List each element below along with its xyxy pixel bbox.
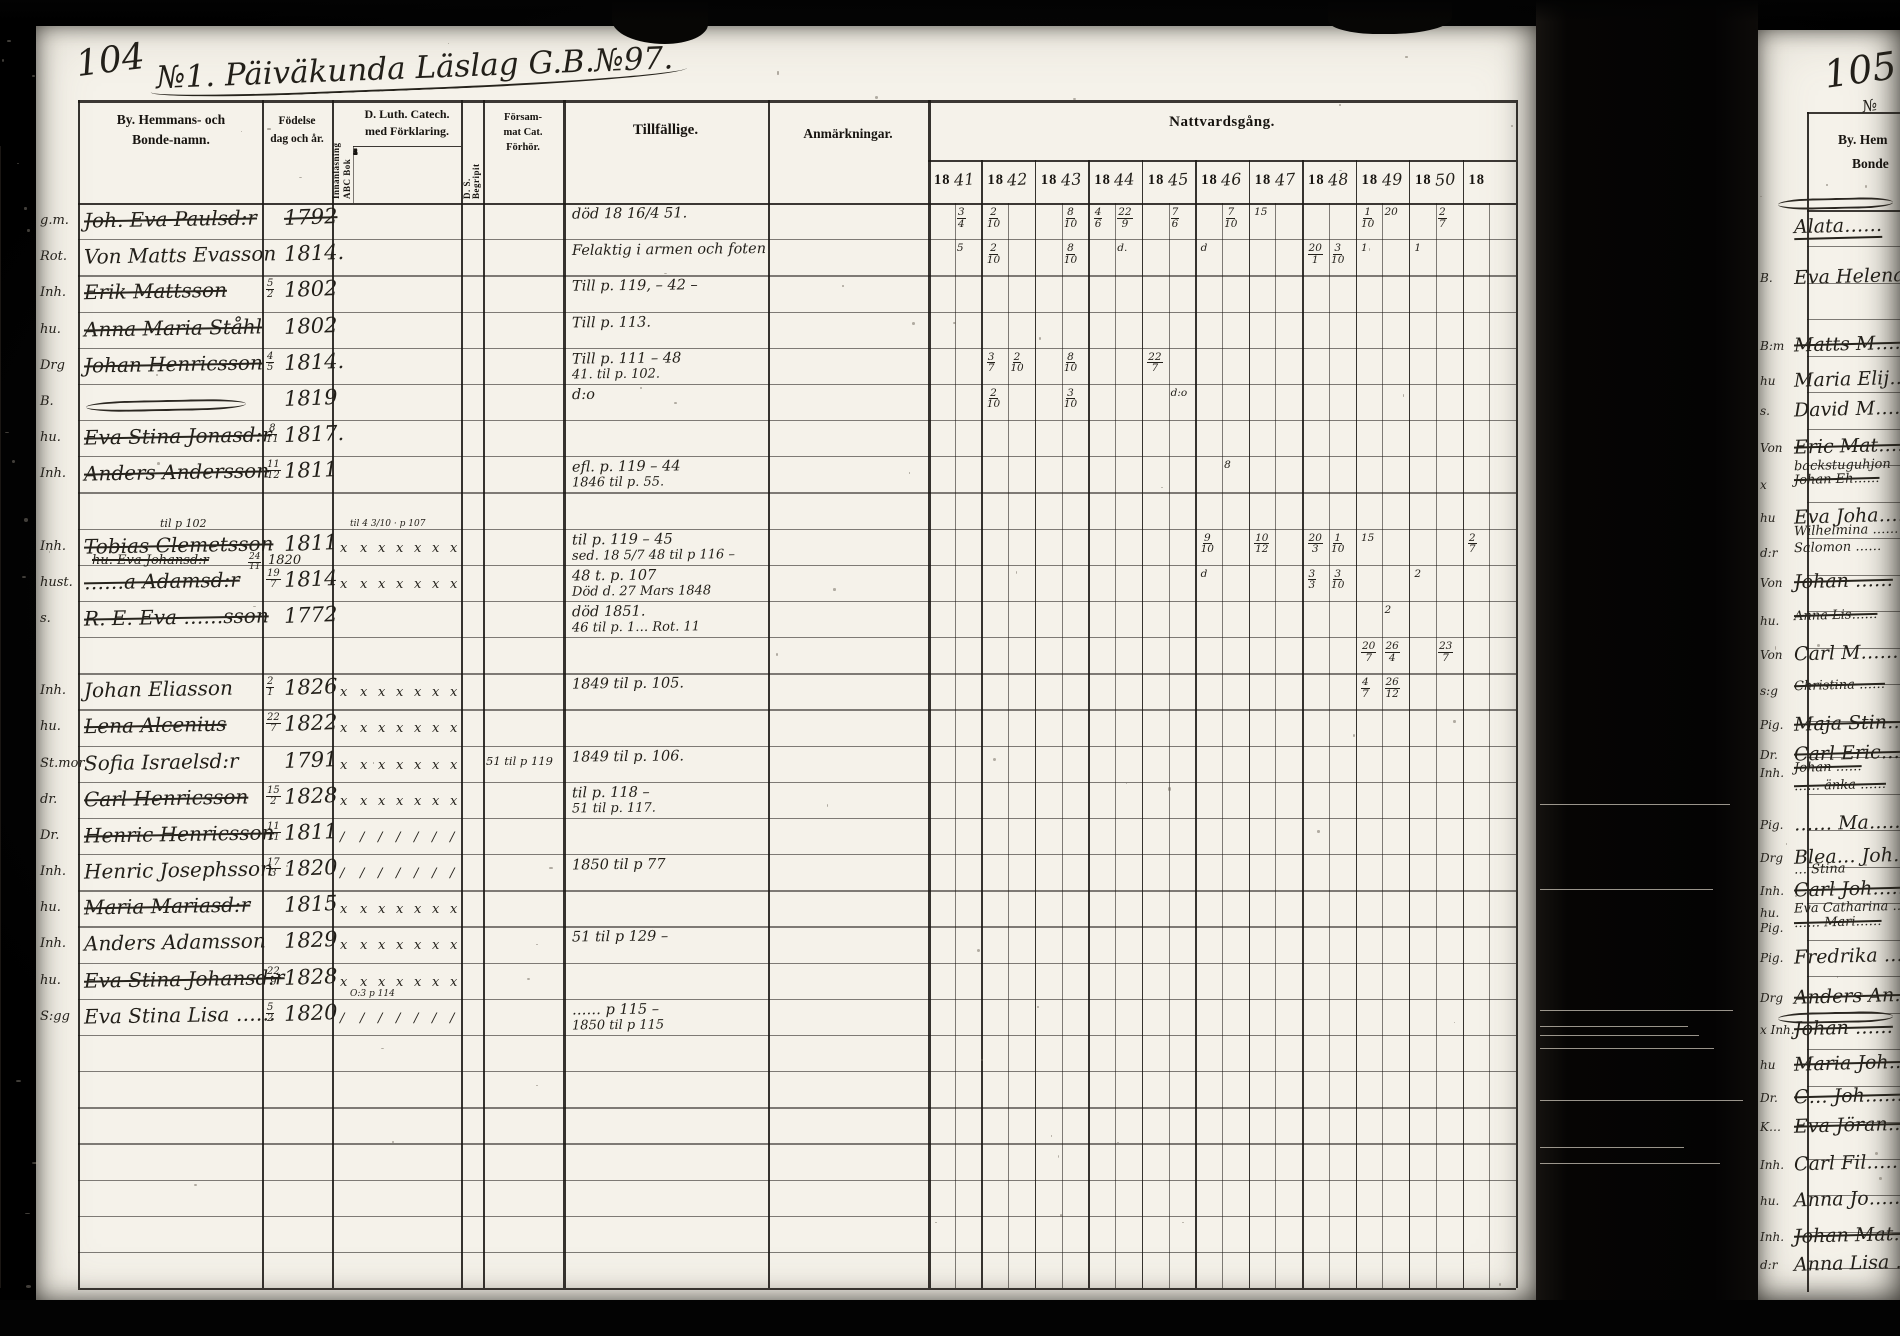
- communion-mark: 2612: [1385, 677, 1400, 699]
- communion-mark: d.: [1117, 243, 1127, 254]
- reading-mark: x: [396, 902, 403, 917]
- year-label-printed: 18: [1308, 172, 1325, 189]
- reading-mark: x: [340, 975, 347, 990]
- reading-mark: ∕: [432, 866, 436, 881]
- fraction-numerator: 23: [1438, 641, 1453, 653]
- record-row: K…Eva Jöran……: [1758, 1114, 1900, 1144]
- reading-mark: ∕: [396, 830, 400, 845]
- year-label-handwritten: 47: [1274, 169, 1296, 189]
- communion-mark: 5: [957, 243, 964, 254]
- person-name: Maria Elij……: [1794, 366, 1900, 391]
- reading-mark: ∕: [414, 830, 418, 845]
- birth-year: 1828: [284, 783, 338, 809]
- communion-mark: 15: [1254, 207, 1267, 218]
- person-name: Anna Jo……: [1794, 1187, 1900, 1212]
- person-name: Eva Helena ……: [1794, 263, 1900, 289]
- person-name: Henric Josephsson: [84, 856, 273, 883]
- column-header-matcat-line2: mat Cat.: [484, 125, 562, 140]
- record-row: VonCarl M……: [1758, 642, 1900, 672]
- fraction-denominator: 7: [988, 363, 995, 374]
- column-header-birth: Födelse dag och år.: [262, 112, 332, 148]
- person-name: Lena Alcenius: [84, 712, 227, 738]
- communion-mark: 210: [987, 243, 1000, 265]
- reading-mark: ∕: [340, 1011, 344, 1026]
- person-prefix: hu: [1760, 374, 1775, 388]
- year-label-handwritten: 41: [953, 169, 975, 189]
- fraction-numerator: 3: [957, 207, 966, 219]
- communion-mark: 1012: [1254, 533, 1269, 555]
- communion-mark: 15: [1361, 533, 1374, 544]
- fraction-numerator: 26: [1385, 677, 1400, 689]
- fraction-numerator: 4: [1361, 677, 1370, 689]
- margin-note-line: 1846 til p. 55.: [572, 475, 664, 491]
- reading-mark: x: [450, 902, 457, 917]
- person-prefix: S:gg: [40, 1009, 70, 1024]
- film-speckle: [17, 163, 19, 164]
- fraction-denominator: 7: [1365, 653, 1372, 664]
- film-scratch: [1540, 1100, 1743, 1101]
- record-row: Pig.Maja Stin……: [1758, 712, 1900, 742]
- reading-mark: x: [340, 794, 347, 809]
- film-artifact: [0, 0, 1900, 22]
- grid-horizontal-line: [78, 100, 1516, 103]
- reading-mark: x: [396, 721, 403, 736]
- record-row: St.morSofia Israelsd:r1791xxxxxxx51 til …: [0, 746, 1516, 782]
- person-name: Carl Fil……: [1794, 1151, 1900, 1176]
- person-name: Erik Mattsson: [84, 278, 227, 304]
- reading-mark: x: [378, 685, 385, 700]
- reading-mark: x: [378, 721, 385, 736]
- grid-horizontal-line: [78, 1288, 1516, 1290]
- person-name: Henric Henricsson: [84, 820, 275, 847]
- person-name: Fredrika ……: [1794, 943, 1900, 968]
- column-header-catechism: D. Luth. Catech. med Förklaring.: [353, 106, 461, 140]
- reading-mark: x: [396, 758, 403, 773]
- fraction-denominator: 12: [1255, 544, 1268, 555]
- paper-speckle: [1405, 56, 1408, 57]
- grid-horizontal-line: [928, 160, 1516, 162]
- communion-mark: 110: [1331, 533, 1344, 555]
- fraction-numerator: 2: [1438, 207, 1447, 219]
- person-name: … Stina: [1794, 861, 1846, 877]
- fraction-denominator: 7: [1362, 689, 1369, 700]
- person-prefix: Inh.: [40, 539, 66, 554]
- film-speckle: [7, 40, 11, 43]
- person-name: Johan ……: [1794, 569, 1893, 594]
- reading-mark: ∕: [450, 1011, 454, 1026]
- person-prefix: hu.: [40, 719, 61, 734]
- communion-mark: 237: [1438, 641, 1453, 663]
- reading-mark: x: [360, 685, 367, 700]
- fraction-denominator: 10: [1201, 544, 1214, 555]
- paper-speckle: [1499, 1283, 1502, 1286]
- person-prefix: St.mor: [40, 756, 85, 771]
- person-name: Maria Mariasd:r: [84, 893, 251, 920]
- fraction-numerator: 20: [1361, 641, 1376, 653]
- person-name: Johan ……: [1794, 759, 1862, 776]
- person-prefix: Inh.: [40, 683, 66, 698]
- fraction-numerator: 8: [1066, 243, 1075, 255]
- fraction-denominator: 10: [987, 219, 1000, 230]
- film-speckle: [16, 1080, 21, 1083]
- fraction-numerator: 3: [1333, 243, 1342, 255]
- communion-mark: 207: [1361, 641, 1376, 663]
- reading-mark: x: [432, 577, 439, 592]
- reading-mark: x: [432, 902, 439, 917]
- fraction-denominator: 6: [1172, 219, 1179, 230]
- fraction-denominator: 10: [1331, 255, 1344, 266]
- birth-year: 1792: [284, 204, 338, 230]
- fraction-denominator: 10: [1331, 580, 1344, 591]
- record-row: s.R. E. Eva ……sson1772död 1851.46 til p.…: [0, 601, 1516, 637]
- fraction-denominator: 10: [1064, 219, 1077, 230]
- paper-speckle: [1511, 125, 1513, 127]
- paper-speckle: [156, 374, 159, 376]
- grid-vertical-line: [353, 146, 354, 203]
- margin-note-line: Felaktig i armen och foten: [572, 241, 766, 259]
- record-row: g.m.Joh. Eva Paulsd:r1792död 18 16/4 51.…: [0, 203, 1516, 239]
- person-prefix: hu.: [40, 430, 61, 445]
- paper-speckle: [1861, 993, 1863, 996]
- column-header-abc-2: ABC Bok: [342, 103, 353, 199]
- person-name: Johan Mat……: [1794, 1222, 1900, 1248]
- reading-mark: x: [414, 758, 421, 773]
- person-name: Johan ……: [1794, 1016, 1893, 1041]
- person-name: C… Joh……: [1794, 1084, 1900, 1109]
- fraction-denominator: 10: [1010, 363, 1023, 374]
- communion-mark: 310: [1331, 243, 1344, 265]
- film-speckle: [32, 1162, 38, 1164]
- person-prefix: d:r: [1760, 546, 1777, 560]
- communion-mark: 210: [987, 207, 1000, 229]
- paper-speckle: [1073, 98, 1076, 100]
- paper-speckle: [777, 71, 778, 74]
- paper-speckle: [977, 949, 980, 952]
- year-label-handwritten: 43: [1060, 169, 1082, 189]
- record-row: Dr.C… Joh……: [1758, 1085, 1900, 1115]
- reading-mark: x: [396, 577, 403, 592]
- communion-mark: 310: [1331, 569, 1344, 591]
- record-row: hu.Anna Jo……: [1758, 1188, 1900, 1218]
- reading-mark: x: [414, 938, 421, 953]
- paper-speckle: [1317, 830, 1320, 832]
- film-scratch: [1540, 1163, 1720, 1164]
- reading-mark: x: [450, 685, 457, 700]
- birth-year: 1814.: [284, 240, 345, 266]
- fraction-numerator: 22: [266, 967, 281, 978]
- person-prefix: B.: [40, 394, 54, 409]
- year-label-printed: 18: [1469, 172, 1486, 189]
- person-prefix: hust.: [40, 575, 73, 590]
- person-name: Maja Stin……: [1794, 710, 1900, 735]
- birth-year: 1772: [284, 602, 338, 628]
- person-prefix: dr.: [40, 792, 57, 807]
- matcat-note: 51 til p 119: [486, 754, 553, 768]
- grid-horizontal-line: [1807, 112, 1900, 114]
- reading-mark: x: [432, 794, 439, 809]
- year-label-handwritten: 46: [1221, 169, 1243, 189]
- reading-mark: x: [340, 685, 347, 700]
- person-name: Eva Stina Jonasd:r: [84, 422, 272, 449]
- communion-mark: 27: [1438, 207, 1447, 229]
- margin-note-line: til p. 118 –: [572, 784, 650, 801]
- film-scratch: [1540, 804, 1730, 805]
- record-row: B.1819d:o210310d:o: [0, 384, 1516, 420]
- person-name: …… Ma……: [1794, 811, 1900, 836]
- communion-mark: 110: [1361, 207, 1374, 229]
- column-header-begripit-2: Begripit: [471, 103, 481, 199]
- reading-mark: x: [378, 794, 385, 809]
- birth-date-fraction: 45: [266, 352, 274, 373]
- communion-mark: 2: [1385, 605, 1392, 616]
- reading-mark: x: [360, 975, 367, 990]
- record-row: [0, 1107, 1516, 1143]
- reading-mark: x: [396, 541, 403, 556]
- reading-mark: x: [414, 902, 421, 917]
- fraction-denominator: 7: [1469, 544, 1476, 555]
- reading-mark: x: [340, 938, 347, 953]
- reading-mark: x: [432, 685, 439, 700]
- person-prefix: Pig.: [1760, 921, 1783, 935]
- fraction-numerator: 4: [1094, 207, 1103, 219]
- person-name: Joh. Eva Paulsd:r: [84, 205, 257, 232]
- column-header-matcat-line3: Förhör.: [484, 140, 562, 155]
- fraction-denominator: 10: [1224, 219, 1237, 230]
- birth-date-fraction: 197: [266, 569, 281, 590]
- reading-mark: ∕: [360, 830, 364, 845]
- birth-date-fraction: 227: [266, 713, 281, 734]
- communion-mark: 710: [1224, 207, 1237, 229]
- birth-year: 1814.: [284, 349, 345, 375]
- fraction-denominator: 10: [1064, 399, 1077, 410]
- catechism-number-row: 123456: [353, 148, 461, 160]
- reading-mark: ∕: [414, 866, 418, 881]
- year-label-handwritten: 42: [1007, 169, 1029, 189]
- reading-mark: ∕: [414, 1011, 418, 1026]
- fraction-numerator: 7: [1226, 207, 1235, 219]
- record-row: Dr.Henric Henricsson11111811∕∕∕∕∕∕∕: [0, 818, 1516, 854]
- reading-mark: x: [378, 902, 385, 917]
- record-row: [0, 1035, 1516, 1071]
- birth-year: 1815: [284, 891, 338, 917]
- margin-note-line: 41. til p. 102.: [572, 366, 660, 382]
- paper-speckle: [1161, 487, 1164, 488]
- person-name: Johan Henricsson: [84, 350, 263, 377]
- margin-note-line: 1850 til p 115: [572, 1017, 664, 1033]
- birth-date-fraction: 811: [266, 424, 279, 445]
- record-row: Inh.Anders Andersson11121811efl. p. 119 …: [0, 456, 1516, 492]
- person-prefix: hu.: [1760, 1194, 1779, 1208]
- fraction-denominator: 10: [987, 255, 1000, 266]
- column-header-name-line1: By. Hemmans- och: [88, 110, 254, 130]
- person-prefix: Dr.: [40, 828, 59, 843]
- margin-note-line: 51 til p 129 –: [572, 929, 668, 946]
- person-prefix: Von: [1760, 441, 1783, 455]
- page-reference-note: til p 102: [160, 517, 207, 530]
- record-row: s.David M……: [1758, 398, 1900, 428]
- person-name: Christina ……: [1794, 677, 1885, 694]
- paper-speckle: [981, 1059, 983, 1061]
- fraction-denominator: 3: [270, 869, 276, 879]
- fraction-denominator: 7: [270, 580, 276, 590]
- person-prefix: x: [1760, 478, 1767, 492]
- person-name: David M……: [1794, 396, 1900, 421]
- reading-mark: x: [396, 794, 403, 809]
- record-row: Inh.Johan Eliasson211826xxxxxxx1849 til …: [0, 673, 1516, 709]
- right-column-header-line2: Bonde: [1838, 152, 1889, 176]
- fraction-denominator: 5: [267, 363, 273, 373]
- birth-year: 1822: [284, 710, 338, 736]
- person-name: Anna Maria Ståhl: [84, 314, 262, 341]
- fraction-denominator: 10: [1064, 363, 1077, 374]
- margin-note-line: 1849 til p. 106.: [572, 748, 684, 765]
- reading-mark: x: [340, 902, 347, 917]
- person-name: Eva Jöran……: [1794, 1112, 1900, 1137]
- column-header-cat-line1: D. Luth. Catech.: [353, 106, 461, 123]
- reading-mark: ∕: [340, 866, 344, 881]
- person-prefix: d:r: [1760, 1258, 1777, 1272]
- grid-horizontal-line: [1807, 246, 1900, 247]
- birth-date-fraction: 173: [266, 858, 281, 879]
- film-speckle: [2, 59, 4, 62]
- reading-mark: ∕: [450, 830, 454, 845]
- year-label-printed: 18: [1094, 172, 1111, 189]
- fraction-denominator: 4: [1389, 653, 1396, 664]
- margin-note-line: til p. 119 – 45: [572, 531, 673, 548]
- person-prefix: Inh.: [40, 864, 66, 879]
- person-prefix: Pig.: [1760, 951, 1783, 965]
- reading-mark: x: [360, 794, 367, 809]
- margin-note-line: Till p. 119, – 42 –: [572, 278, 698, 295]
- reading-mark: x: [396, 975, 403, 990]
- communion-mark: 810: [1064, 207, 1077, 229]
- reading-mark: x: [340, 541, 347, 556]
- record-row: VonJohan ……: [1758, 570, 1900, 600]
- film-scratch: [1540, 1035, 1699, 1036]
- birth-date-fraction: 152: [266, 786, 281, 807]
- reading-mark: x: [414, 577, 421, 592]
- communion-mark: 210: [987, 388, 1000, 410]
- reading-mark: x: [432, 758, 439, 773]
- paper-speckle: [912, 322, 915, 325]
- reading-mark: x: [432, 975, 439, 990]
- grid-horizontal-line: [353, 146, 461, 147]
- person-prefix: K…: [1760, 1120, 1781, 1134]
- person-prefix: B:m: [1760, 339, 1784, 353]
- record-row: d:rAnna Lisa ……: [1758, 1252, 1900, 1282]
- paper-speckle: [953, 322, 956, 324]
- birth-year: 1819: [284, 385, 338, 411]
- margin-note-line: …… p 115 –: [572, 1001, 659, 1018]
- reading-mark: x: [396, 938, 403, 953]
- reading-mark: x: [360, 758, 367, 773]
- fraction-denominator: 11: [266, 435, 279, 445]
- fraction-denominator: 9: [1122, 219, 1129, 230]
- person-prefix: Inh.: [1760, 1230, 1784, 1244]
- record-row: xJohan Eh……: [1758, 472, 1900, 502]
- reading-mark: ∕: [378, 866, 382, 881]
- year-label-handwritten: 50: [1434, 169, 1456, 189]
- fraction-denominator: 7: [1442, 653, 1449, 664]
- birth-year: 1820: [284, 1000, 338, 1026]
- communion-mark: 34: [957, 207, 966, 229]
- page-gutter: [1536, 0, 1758, 1336]
- reading-mark: x: [414, 794, 421, 809]
- record-row: d:rSalomon ……: [1758, 540, 1900, 570]
- record-row: huMaria Elij……: [1758, 368, 1900, 398]
- margin-note-line: efl. p. 119 – 44: [572, 459, 681, 476]
- fraction-denominator: 3: [1312, 544, 1319, 555]
- film-scratch: [1540, 1026, 1688, 1027]
- reading-mark: x: [340, 758, 347, 773]
- column-header-matcat-line1: Försam-: [484, 110, 562, 125]
- person-prefix: Drg: [40, 358, 65, 373]
- paper-speckle: [833, 588, 836, 590]
- fraction-denominator: 2: [267, 1014, 273, 1024]
- person-name: Matts M……: [1794, 331, 1900, 356]
- communion-mark: 76: [1171, 207, 1180, 229]
- fraction-denominator: 2: [270, 797, 276, 807]
- paper-speckle: [993, 758, 996, 761]
- communion-mark: 910: [1201, 533, 1214, 555]
- fraction-numerator: 22: [1117, 207, 1132, 219]
- margin-note-line: 1850 til p 77: [572, 857, 666, 874]
- reading-mark: x: [414, 685, 421, 700]
- record-row: Inh.Johan Mat……: [1758, 1224, 1900, 1254]
- person-name: Anders Andersson: [84, 459, 270, 486]
- communion-mark: d:o: [1171, 388, 1188, 399]
- reading-mark: x: [432, 721, 439, 736]
- person-name: Anna Lis……: [1794, 607, 1878, 624]
- year-label-handwritten: 49: [1381, 169, 1403, 189]
- grid-vertical-line: [1516, 100, 1518, 1288]
- birth-year: 1811: [284, 457, 338, 483]
- catechism-note: O:3 p 114: [350, 989, 395, 999]
- record-row: B:mMatts M……: [1758, 333, 1900, 363]
- margin-note-line: 1849 til p. 105.: [572, 676, 684, 693]
- record-row: x Inh.Johan ……: [1758, 1017, 1900, 1047]
- fraction-denominator: 10: [1064, 255, 1077, 266]
- reading-mark: ∕: [378, 1011, 382, 1026]
- record-row: hu.Anna Maria Ståhl1802Till p. 113.: [0, 312, 1516, 348]
- person-name: Johan Eh……: [1794, 471, 1880, 488]
- person-prefix: Pig.: [1760, 818, 1783, 832]
- fraction-denominator: 3: [1309, 580, 1316, 591]
- year-label-handwritten: 45: [1167, 169, 1189, 189]
- person-prefix: hu.: [40, 973, 61, 988]
- record-row: huMaria Joh……: [1758, 1052, 1900, 1082]
- record-row: Inh.Erik Mattsson521802Till p. 119, – 42…: [0, 275, 1516, 311]
- communion-mark: d: [1201, 243, 1208, 254]
- year-label-printed: 18: [987, 172, 1004, 189]
- fraction-denominator: 10: [1361, 219, 1374, 230]
- paper-speckle: [1833, 886, 1835, 888]
- reading-mark: ∕: [360, 1011, 364, 1026]
- fraction-denominator: 4: [958, 219, 965, 230]
- record-row: Inh.Henric Josephsson1731820∕∕∕∕∕∕∕1850 …: [0, 854, 1516, 890]
- fraction-denominator: 1: [1312, 255, 1319, 266]
- page-number: 104: [74, 36, 147, 85]
- fraction-numerator: 2: [989, 207, 998, 219]
- margin-note-line: Död d. 27 Mars 1848: [572, 583, 711, 599]
- reading-mark: ∕: [340, 830, 344, 845]
- year-label-printed: 18: [934, 172, 951, 189]
- year-label-printed: 18: [1148, 172, 1165, 189]
- person-prefix: Rot.: [40, 249, 67, 264]
- paper-speckle: [1879, 1177, 1882, 1180]
- record-row: …… änka ……: [1758, 778, 1900, 808]
- margin-note-line: Till p. 113.: [572, 314, 651, 331]
